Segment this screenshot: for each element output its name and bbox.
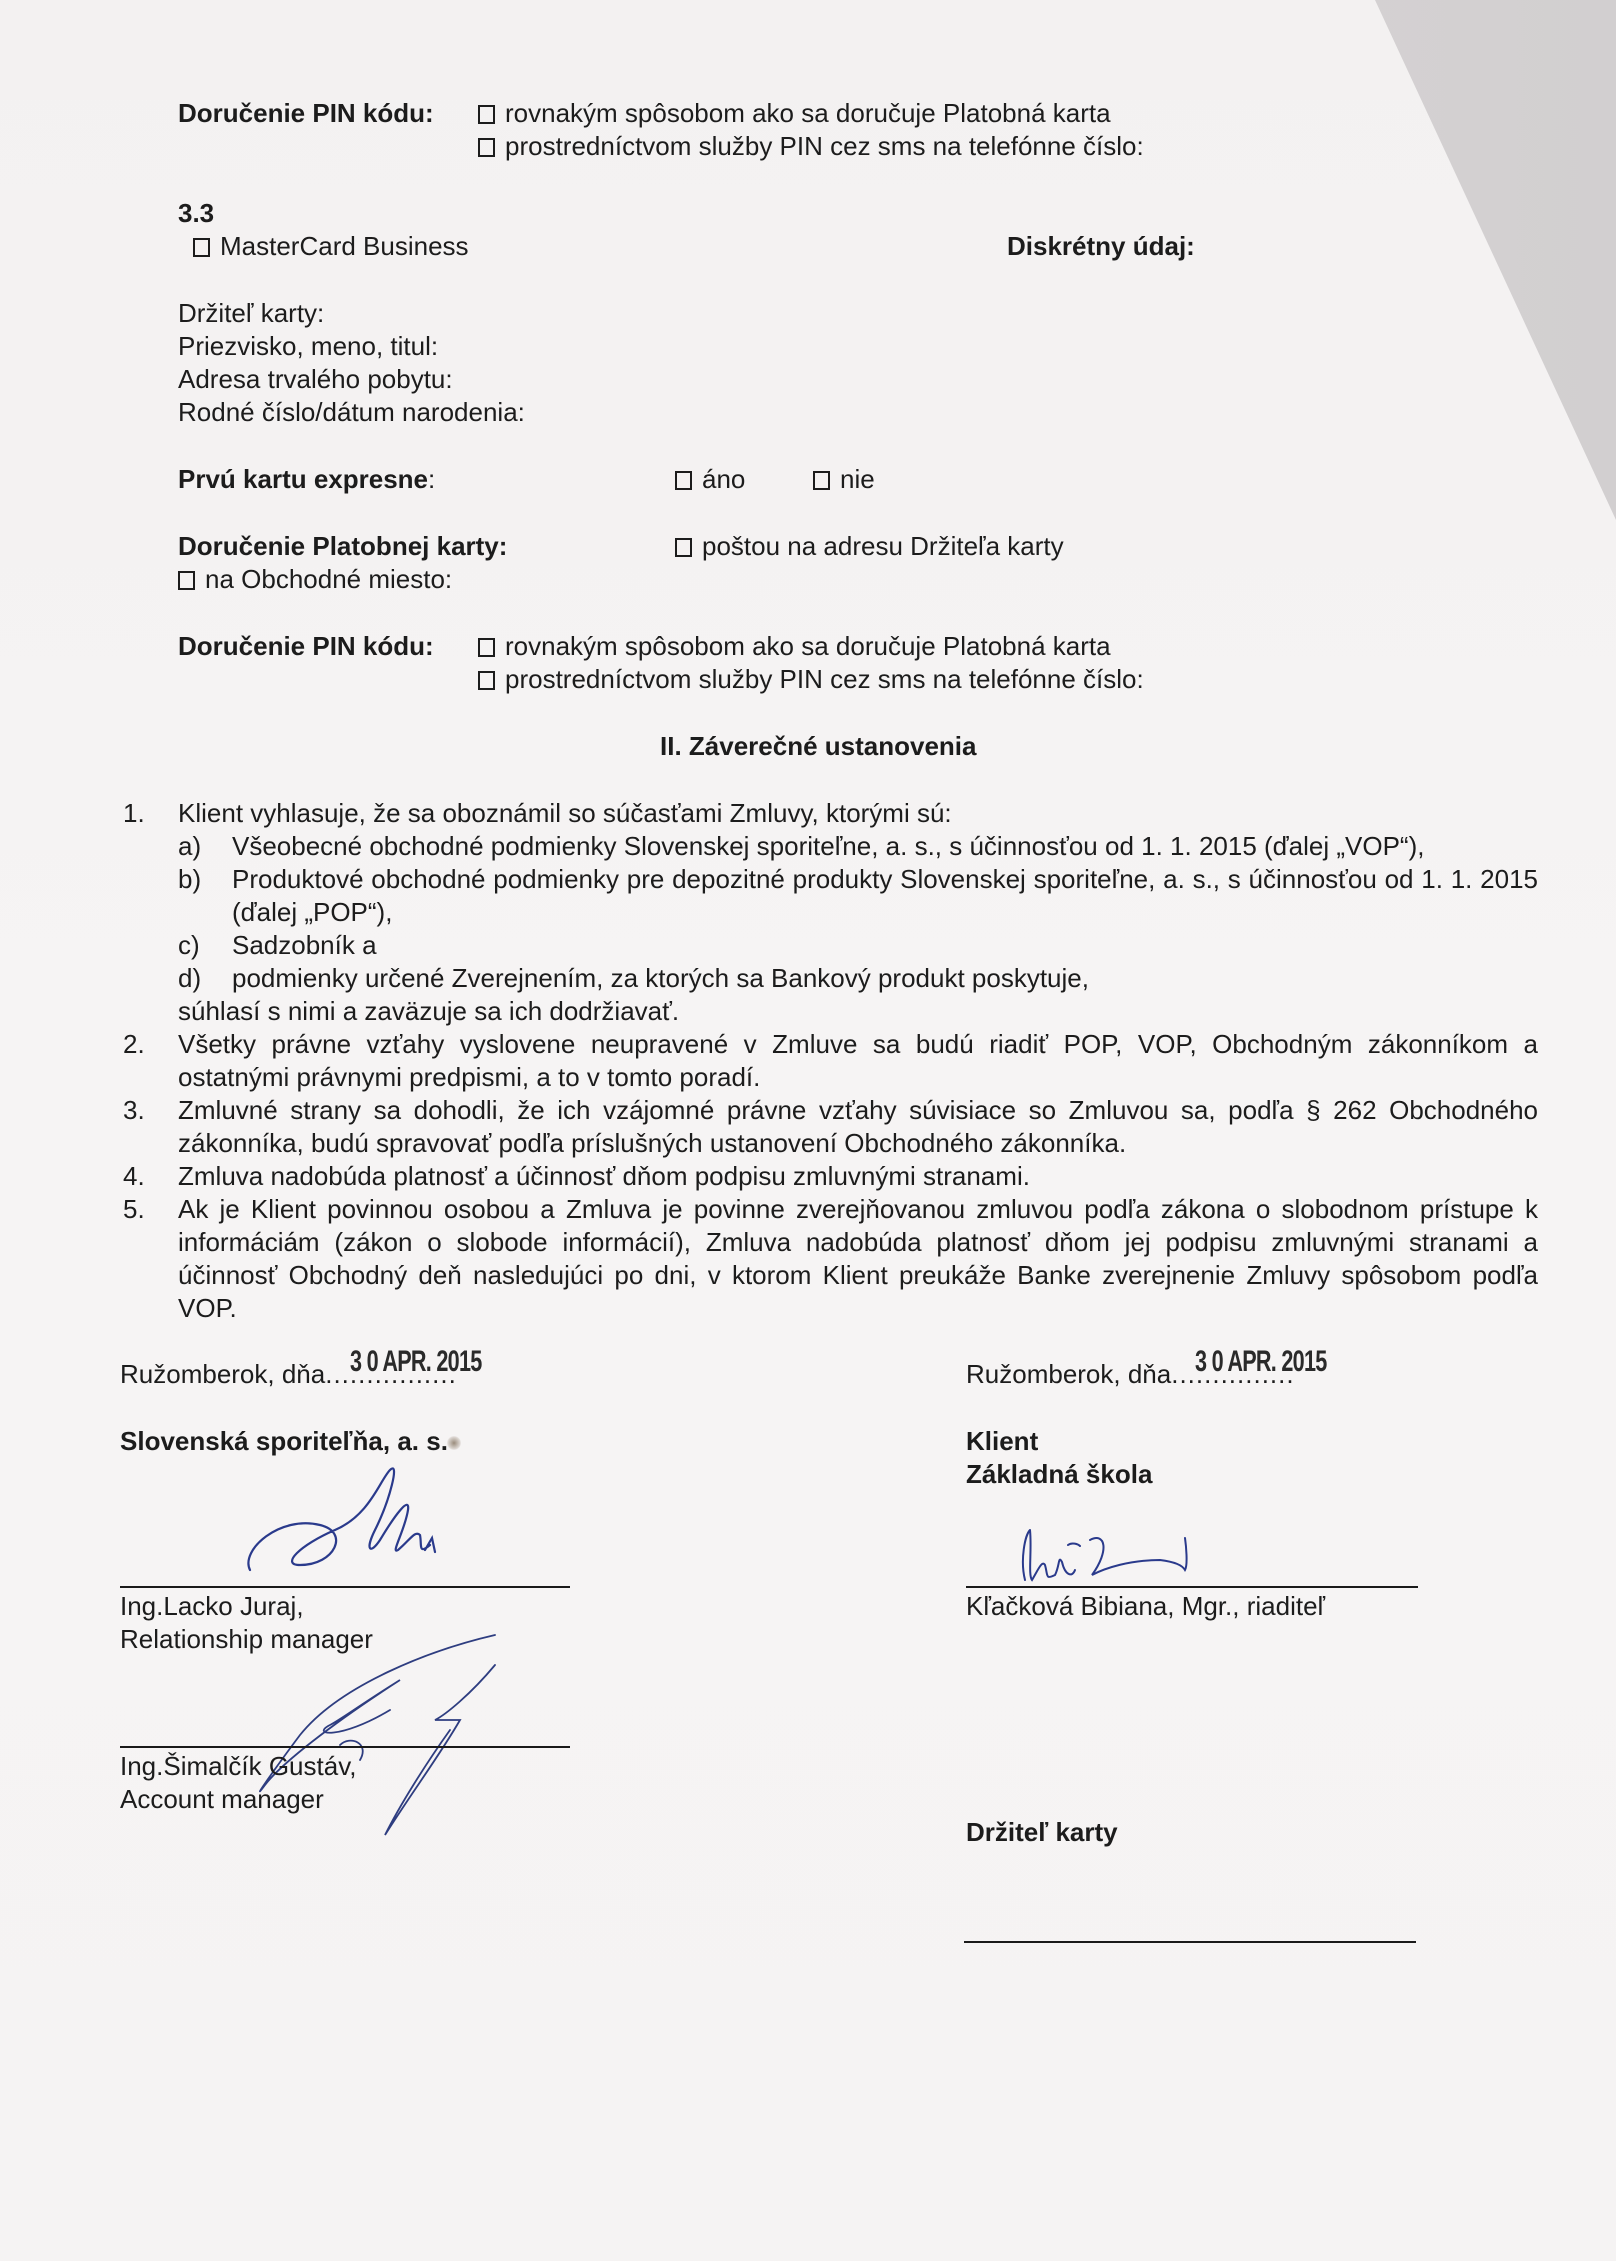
express-no-option: nie (813, 463, 875, 496)
lacko-signature (240, 1460, 460, 1590)
discrete-label: Diskrétny údaj: (1007, 230, 1195, 263)
card-holder-signature-line (964, 1941, 1416, 1943)
item-1c-letter: c) (178, 929, 200, 962)
bank-date-stamp: 3 0 APR. 2015 (350, 1345, 533, 1379)
bank-signature-line-2 (120, 1746, 570, 1748)
top-pin-option-1: rovnakým spôsobom ako sa doručuje Platob… (478, 97, 1111, 130)
item-2-number: 2. (123, 1028, 145, 1061)
checkbox[interactable] (478, 105, 495, 124)
pin-delivery-option-1: rovnakým spôsobom ako sa doručuje Platob… (478, 630, 1111, 663)
item-2-text: Všetky právne vzťahy vyslovene neupraven… (178, 1028, 1538, 1094)
express-yes-option: áno (675, 463, 745, 496)
checkbox[interactable] (478, 638, 495, 657)
signer-2-name: Ing.Šimalčík Gustáv, (120, 1750, 357, 1783)
client-party-name: Základná škola (966, 1458, 1152, 1491)
checkbox[interactable] (675, 471, 692, 490)
pin-delivery-option-2: prostredníctvom služby PIN cez sms na te… (478, 663, 1144, 696)
bank-signature-line-1 (120, 1586, 570, 1588)
checkbox[interactable] (675, 538, 692, 557)
holder-field-birth: Rodné číslo/dátum narodenia: (178, 396, 525, 429)
pin-delivery-label: Doručenie PIN kódu: (178, 630, 434, 663)
item-5-number: 5. (123, 1193, 145, 1226)
checkbox[interactable] (478, 671, 495, 690)
section-number: 3.3 (178, 197, 214, 230)
item-1d-text: podmienky určené Zverejnením, za ktorých… (232, 962, 1089, 995)
item-1-trailing: súhlasí s nimi a zaväzuje sa ich dodržia… (178, 995, 679, 1028)
item-4-number: 4. (123, 1160, 145, 1193)
signer-1-name: Ing.Lacko Juraj, (120, 1590, 304, 1623)
top-pin-label: Doručenie PIN kódu: (178, 97, 434, 130)
card-holder-label: Držiteľ karty (966, 1816, 1118, 1849)
client-signature-line (966, 1586, 1418, 1588)
holder-field-name: Priezvisko, meno, titul: (178, 330, 438, 363)
item-1b-text: Produktové obchodné podmienky pre depozi… (232, 863, 1538, 929)
item-3-number: 3. (123, 1094, 145, 1127)
mastercard-option: MasterCard Business (193, 230, 469, 263)
item-1a-letter: a) (178, 830, 201, 863)
client-signer: Kľačková Bibiana, Mgr., riaditeľ (966, 1590, 1325, 1623)
checkbox[interactable] (813, 471, 830, 490)
holder-field-card-holder: Držiteľ karty: (178, 297, 324, 330)
item-1b-letter: b) (178, 863, 201, 896)
item-4-text: Zmluva nadobúda platnosť a účinnosť dňom… (178, 1160, 1030, 1193)
checkbox[interactable] (193, 238, 210, 257)
item-1d-letter: d) (178, 962, 201, 995)
paper-smudge (447, 1436, 461, 1450)
item-3-text: Zmluvné strany sa dohodli, že ich vzájom… (178, 1094, 1538, 1160)
holder-field-address: Adresa trvalého pobytu: (178, 363, 453, 396)
item-1-text: Klient vyhlasuje, že sa oboznámil so súč… (178, 797, 952, 830)
card-delivery-branch-option: na Obchodné miesto: (178, 563, 452, 596)
item-1a-text: Všeobecné obchodné podmienky Slovenskej … (232, 830, 1424, 863)
item-1c-text: Sadzobník a (232, 929, 377, 962)
bank-party-name: Slovenská sporiteľňa, a. s. (120, 1425, 448, 1458)
top-pin-option-2: prostredníctvom služby PIN cez sms na te… (478, 130, 1144, 163)
final-provisions-heading: II. Záverečné ustanovenia (660, 730, 976, 763)
express-label: Prvú kartu expresne: (178, 463, 435, 496)
checkbox[interactable] (478, 138, 495, 157)
signer-2-role: Account manager (120, 1783, 324, 1816)
item-5-text: Ak je Klient povinnou osobou a Zmluva je… (178, 1193, 1538, 1325)
klackova-signature (1010, 1520, 1210, 1590)
item-1-number: 1. (123, 797, 145, 830)
card-delivery-label: Doručenie Platobnej karty: (178, 530, 507, 563)
checkbox[interactable] (178, 571, 195, 590)
client-party-label: Klient (966, 1425, 1038, 1458)
card-delivery-post-option: poštou na adresu Držiteľa karty (675, 530, 1064, 563)
client-date-stamp: 3 0 APR. 2015 (1195, 1345, 1378, 1379)
